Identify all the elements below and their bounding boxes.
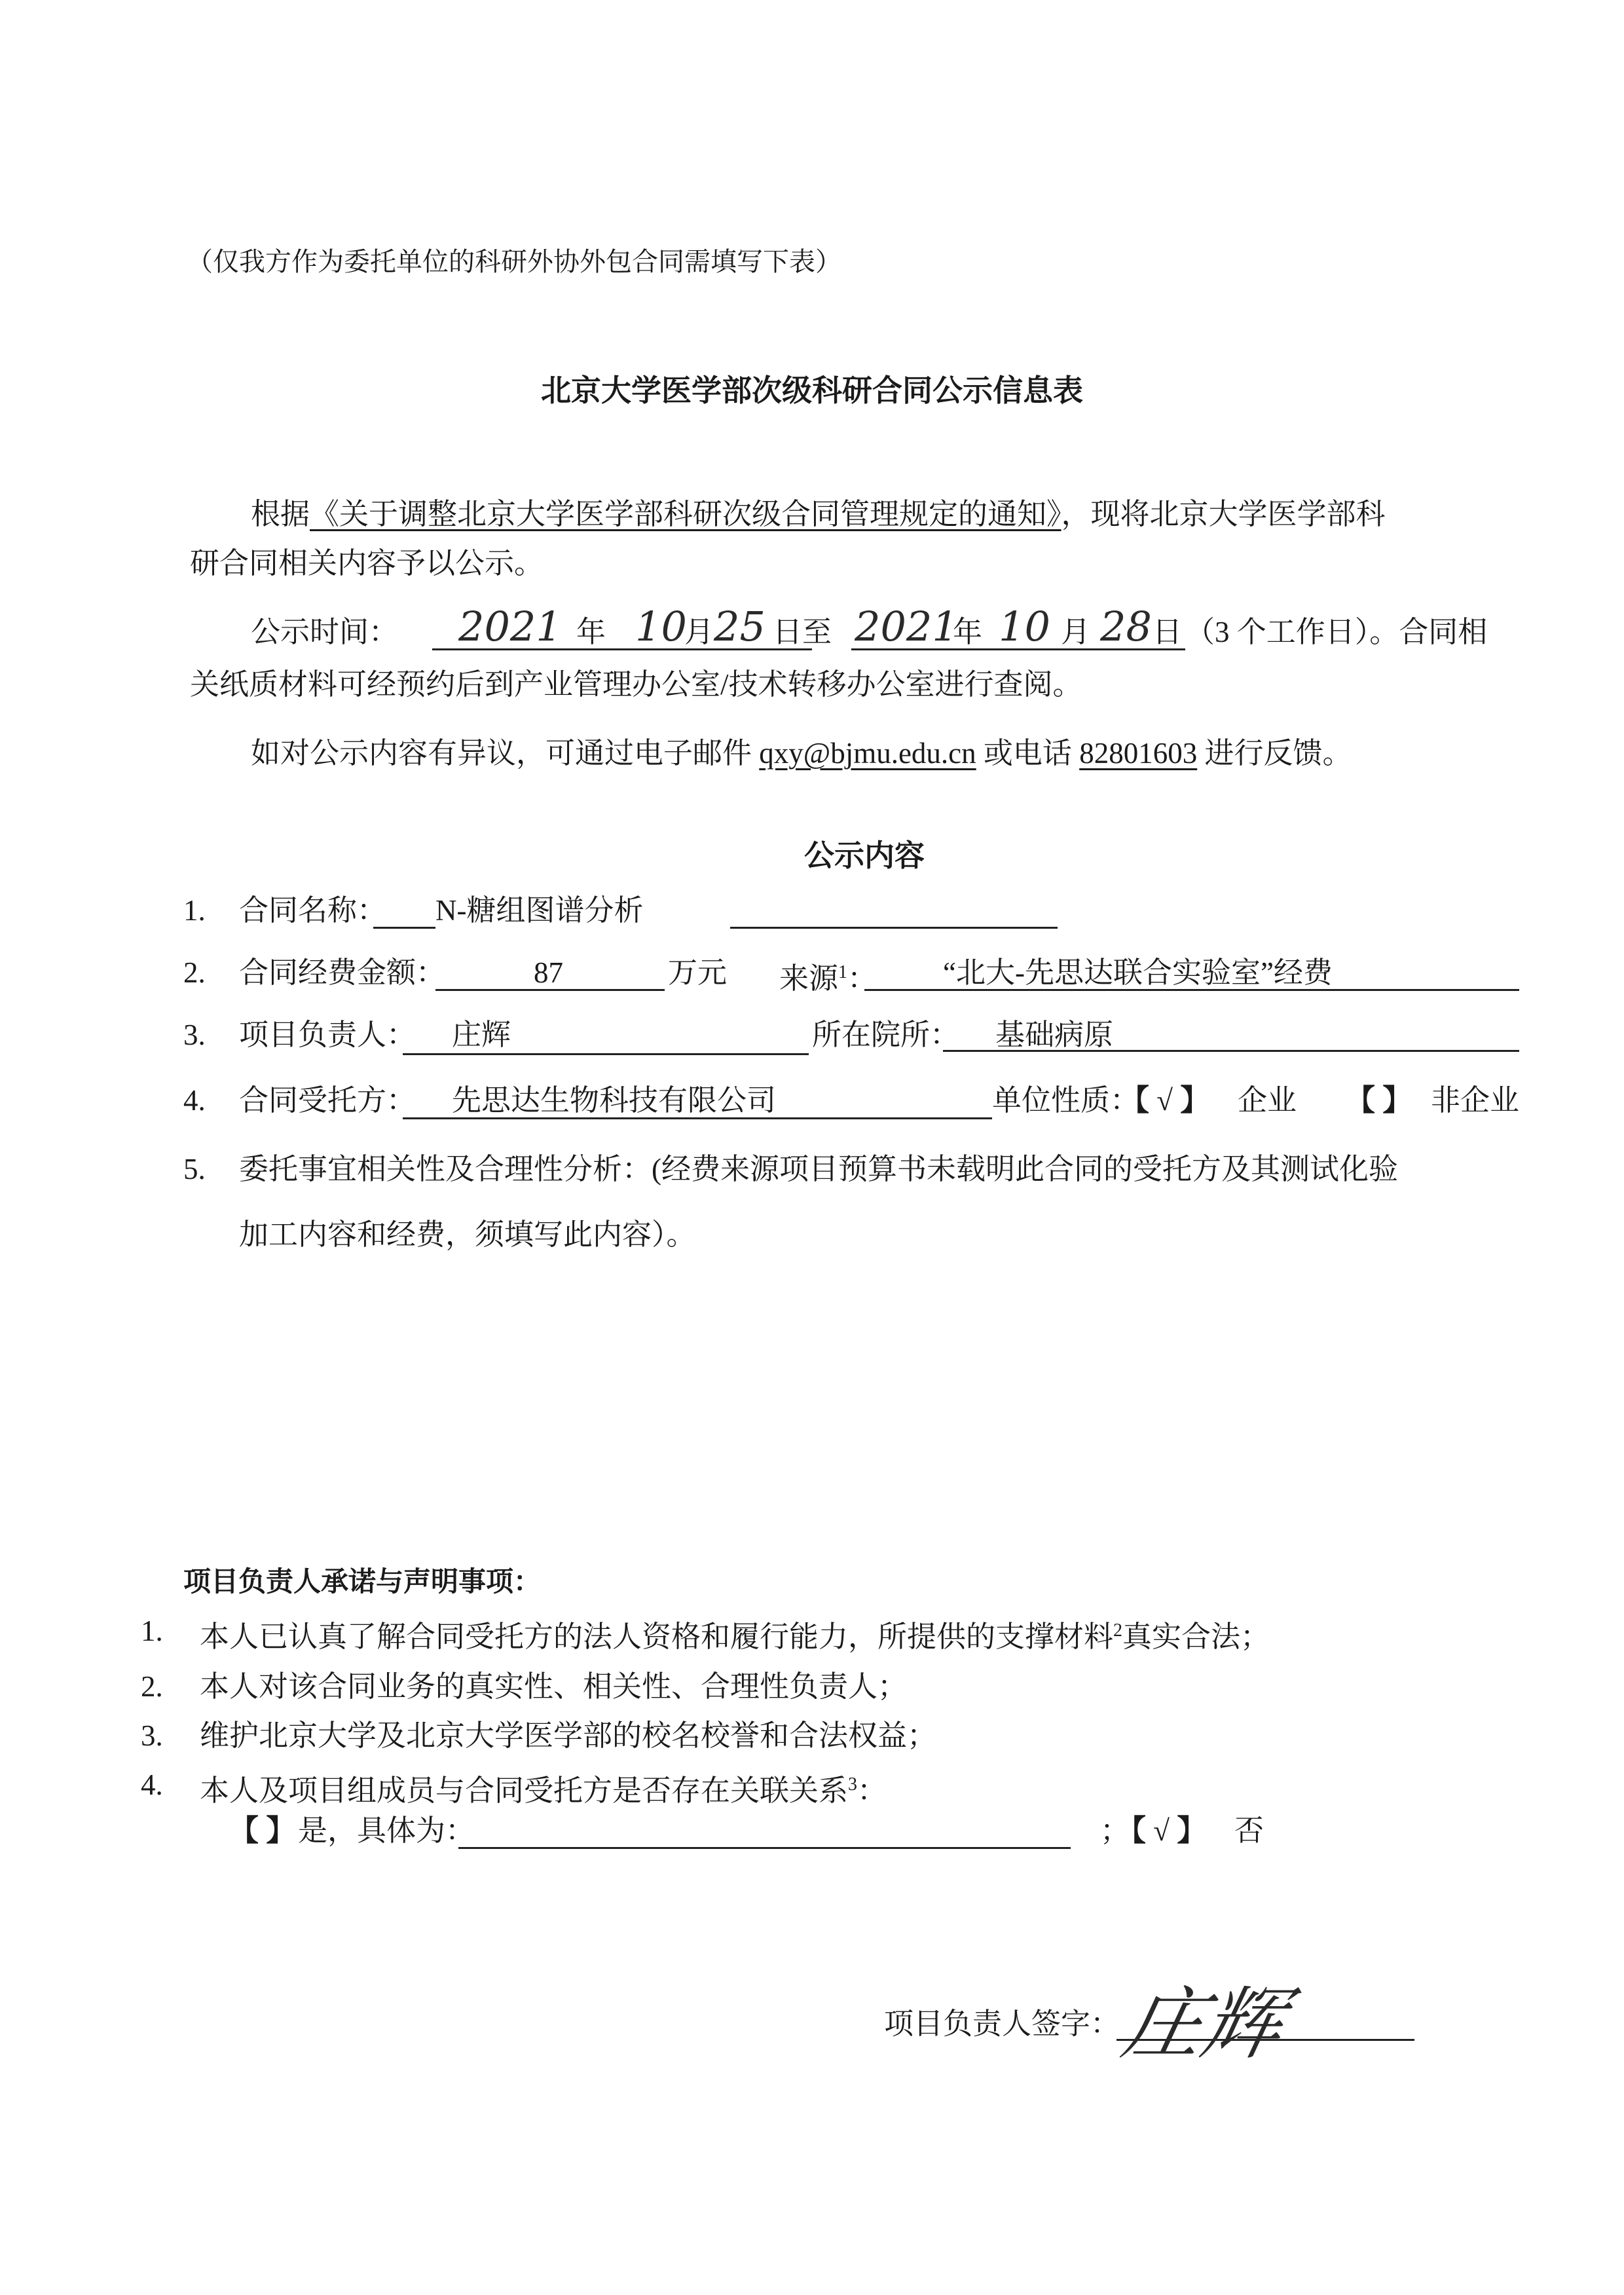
commitment-4-text: 本人及项目组成员与合同受托方是否存在关联关系3： — [200, 1765, 887, 1810]
item-3-dept-value: 基础病原 — [995, 1015, 1113, 1054]
signature-label: 项目负责人签字： — [884, 2004, 1120, 2043]
header-note: （仅我方作为委托单位的科研外协外包合同需填写下表） — [187, 242, 841, 282]
period-month-char-2: 月 — [1061, 612, 1090, 652]
item-3-dept-label: 所在院所： — [812, 1015, 959, 1054]
item-3-num: 3. — [183, 1015, 206, 1054]
item-2-num: 2. — [183, 953, 206, 992]
commitment-1-text: 本人已认真了解合同受托方的法人资格和履行能力，所提供的支撑材料2真实合法； — [200, 1611, 1270, 1656]
nature-non-enterprise-checkbox[interactable]: 【 】 — [1346, 1081, 1412, 1120]
feedback-email[interactable]: qxy@bjmu.edu.cn — [759, 737, 976, 770]
relation-no-label: 否 — [1234, 1811, 1264, 1850]
intro-line-1: 根据《关于调整北京大学医学部科研次级合同管理规定的通知》，现将北京大学医学部科 — [251, 494, 1386, 534]
period-month-char-1: 月 — [684, 612, 714, 652]
period-start-day: 25 — [714, 603, 766, 650]
item-1-value: N-糖组图谱分析 — [435, 891, 643, 930]
item-5-line-2: 加工内容和经费，须填写此内容）。 — [239, 1215, 696, 1254]
commitment-2-num: 2. — [141, 1667, 163, 1706]
item-1-num: 1. — [183, 891, 206, 930]
commitment-3-text: 维护北京大学及北京大学医学部的校名校誉和合法权益； — [200, 1716, 936, 1755]
item-3-label: 项目负责人： — [239, 1015, 416, 1054]
period-day-to: 日至 — [773, 612, 832, 652]
notice-link[interactable]: 《关于调整北京大学医学部科研次级合同管理规定的通知》 — [310, 498, 1061, 531]
relation-yes-checkbox[interactable]: 【 】 — [229, 1811, 295, 1850]
commitment-1-num: 1. — [141, 1611, 163, 1651]
item-2-amount: 87 — [534, 953, 563, 992]
item-3-value: 庄辉 — [452, 1015, 511, 1054]
relation-no-checkbox[interactable]: 【 √ 】 — [1116, 1811, 1206, 1850]
item-2-source-label: 来源1： — [779, 953, 877, 998]
period-year-char-2: 年 — [953, 612, 982, 652]
item-4-nature-label: 单位性质： — [992, 1081, 1139, 1120]
item-1-label: 合同名称： — [239, 891, 386, 930]
nature-non-enterprise-label: 非企业 — [1431, 1081, 1519, 1120]
period-start-year: 2021 — [458, 603, 562, 650]
item-4-value: 先思达生物科技有限公司 — [452, 1081, 776, 1120]
period-day-char-2: 日 — [1153, 612, 1182, 652]
period-line-2: 关纸质材料可经预约后到产业管理办公室/技术转移办公室进行查阅。 — [190, 665, 1082, 704]
item-2-source-value: “北大-先思达联合实验室”经费 — [943, 953, 1333, 992]
content-heading: 公示内容 — [0, 832, 1624, 875]
item-2-label: 合同经费金额： — [239, 953, 445, 992]
period-end-year: 2021 — [855, 603, 958, 650]
nature-enterprise-checkbox[interactable]: 【 √ 】 — [1120, 1081, 1209, 1120]
item-1-underline-a — [373, 927, 435, 929]
period-start-month: 10 — [635, 603, 687, 650]
page-title: 北京大学医学部次级科研合同公示信息表 — [0, 367, 1624, 410]
feedback-phone[interactable]: 82801603 — [1079, 737, 1197, 770]
period-label: 公示时间： — [251, 612, 398, 652]
period-end-day: 28 — [1100, 603, 1152, 650]
intro-line-2: 研合同相关内容予以公示。 — [190, 544, 544, 583]
item-5-num: 5. — [183, 1149, 206, 1189]
period-suffix: （3 个工作日）。合同相 — [1185, 612, 1487, 652]
period-end-month: 10 — [999, 603, 1050, 650]
commitment-3-num: 3. — [141, 1716, 163, 1755]
item-4-label: 合同受托方： — [239, 1081, 416, 1120]
relation-detail-underline[interactable] — [458, 1847, 1071, 1849]
relation-yes-label: 是，具体为： — [298, 1811, 475, 1850]
feedback-line: 如对公示内容有异议，可通过电子邮件 qxy@bjmu.edu.cn 或电话 82… — [251, 734, 1352, 773]
item-4-num: 4. — [183, 1081, 206, 1120]
commitment-4-num: 4. — [141, 1765, 163, 1804]
item-1-underline-b — [730, 927, 1058, 929]
period-year-char-1: 年 — [576, 612, 606, 652]
item-2-unit: 万元 — [668, 953, 727, 992]
commitment-2-text: 本人对该合同业务的真实性、相关性、合理性负责人； — [200, 1667, 907, 1706]
nature-enterprise-label: 企业 — [1238, 1081, 1297, 1120]
commitments-heading: 项目负责人承诺与声明事项： — [183, 1562, 541, 1601]
item-5-line-1: 委托事宜相关性及合理性分析：(经费来源项目预算书未载明此合同的受托方及其测试化验 — [239, 1149, 1398, 1189]
signature-handwriting: 庄辉 — [1115, 1962, 1296, 2074]
